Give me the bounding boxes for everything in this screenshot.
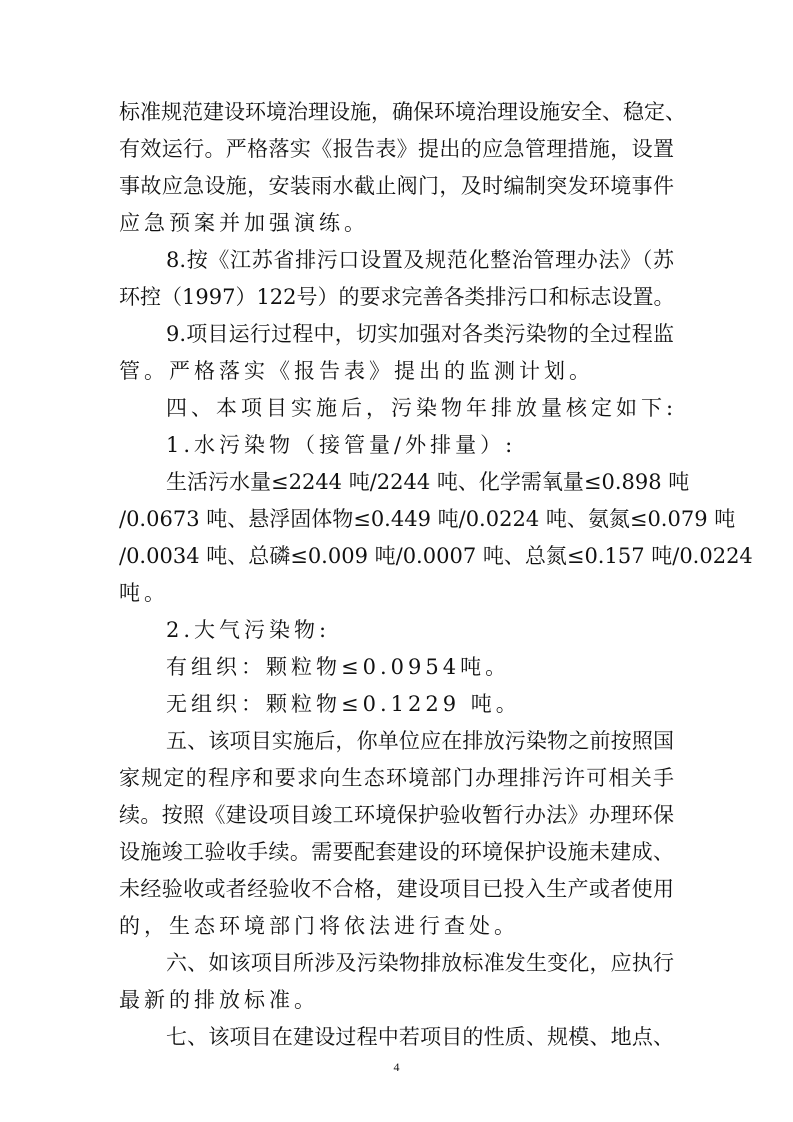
text-line: 设施竣工验收手续。需要配套建设的环境保护设施未建成、 <box>119 837 674 867</box>
text-line: 的，生态环境部门将依法进行查处。 <box>119 911 674 941</box>
document-page: 标准规范建设环境治理设施，确保环境治理设施安全、稳定、有效运行。严格落实《报告表… <box>0 0 793 1122</box>
page-number: 4 <box>0 1060 793 1075</box>
text-line: 有效运行。严格落实《报告表》提出的应急管理措施，设置 <box>119 134 674 164</box>
text-line: 标准规范建设环境治理设施，确保环境治理设施安全、稳定、 <box>119 97 674 127</box>
text-line: 2.大气污染物: <box>166 615 674 645</box>
text-line: 生活污水量≤2244 吨/2244 吨、化学需氧量≤0.898 吨 <box>166 467 674 497</box>
text-line: 8.按《江苏省排污口设置及规范化整治管理办法》（苏 <box>166 245 674 275</box>
text-line: 应急预案并加强演练。 <box>119 208 674 238</box>
text-line: 家规定的程序和要求向生态环境部门办理排污许可相关手 <box>119 763 674 793</box>
text-line: 吨。 <box>119 578 674 608</box>
text-line: 有组织：颗粒物≤0.0954吨。 <box>166 652 674 682</box>
text-line: 未经验收或者经验收不合格，建设项目已投入生产或者使用 <box>119 874 674 904</box>
text-line: 事故应急设施，安装雨水截止阀门，及时编制突发环境事件 <box>119 171 674 201</box>
text-line: /0.0034 吨、总磷≤0.009 吨/0.0007 吨、总氮≤0.157 吨… <box>119 541 674 571</box>
text-line: 四、本项目实施后，污染物年排放量核定如下: <box>166 393 674 423</box>
text-line: 七、该项目在建设过程中若项目的性质、规模、地点、 <box>166 1022 674 1052</box>
text-line: 续。按照《建设项目竣工环境保护验收暂行办法》办理环保 <box>119 800 674 830</box>
text-line: 六、如该项目所涉及污染物排放标准发生变化，应执行 <box>166 948 674 978</box>
text-line: 环控（1997）122号）的要求完善各类排污口和标志设置。 <box>119 282 674 312</box>
text-line: 9.项目运行过程中，切实加强对各类污染物的全过程监 <box>166 319 674 349</box>
text-line: 管。严格落实《报告表》提出的监测计划。 <box>119 356 674 386</box>
text-line: 无组织：颗粒物≤0.1229 吨。 <box>166 689 674 719</box>
text-line: 五、该项目实施后，你单位应在排放污染物之前按照国 <box>166 726 674 756</box>
text-line: 1.水污染物（接管量/外排量）: <box>166 430 674 460</box>
text-line: 最新的排放标准。 <box>119 985 674 1015</box>
text-line: /0.0673 吨、悬浮固体物≤0.449 吨/0.0224 吨、氨氮≤0.07… <box>119 504 674 534</box>
